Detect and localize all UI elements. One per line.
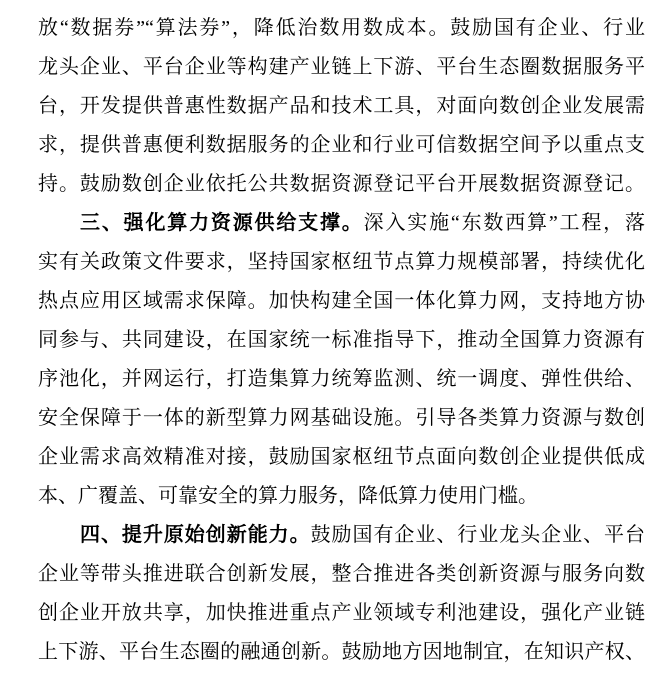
text-line: 放“数据券”“算法券”，降低治数用数成本。鼓励国有企业、行业	[38, 9, 645, 48]
text-line: 序池化，并网运行，打造集算力统筹监测、统一调度、弹性供给、	[38, 360, 645, 399]
text-segment: 企业需求高效精准对接，鼓励国家枢纽节点面向数创企业提供低成	[38, 446, 645, 468]
text-segment: 求，提供普惠便利数据服务的企业和行业可信数据空间予以重点支	[38, 134, 645, 156]
text-line: 台，开发提供普惠性数据产品和技术工具，对面向数创企业发展需	[38, 87, 645, 126]
text-line: 同参与、共同建设，在国家统一标准指导下，推动全国算力资源有	[38, 321, 645, 360]
text-line: 本、广覆盖、可靠安全的算力服务，降低算力使用门槛。	[38, 477, 645, 516]
text-line: 安全保障于一体的新型算力网基础设施。引导各类算力资源与数创	[38, 399, 645, 438]
text-segment: 上下游、平台生态圈的融通创新。鼓励地方因地制宜，在知识产权、	[38, 641, 645, 663]
text-segment: 深入实施“东数西算”工程，落	[364, 212, 645, 234]
section-heading: 四、提升原始创新能力。	[80, 524, 311, 546]
text-line: 持。鼓励数创企业依托公共数据资源登记平台开展数据资源登记。	[38, 165, 645, 204]
paragraph-line-with-heading: 四、提升原始创新能力。鼓励国有企业、行业龙头企业、平台	[38, 516, 645, 555]
text-line: 热点应用区域需求保障。加快构建全国一体化算力网，支持地方协	[38, 282, 645, 321]
text-segment: 实有关政策文件要求，坚持国家枢纽节点算力规模部署，持续优化	[38, 251, 645, 273]
text-segment: 企业等带头推进联合创新发展，整合推进各类创新资源与服务向数	[38, 563, 645, 585]
paragraph-line-with-heading: 三、强化算力资源供给支撑。深入实施“东数西算”工程，落	[38, 204, 645, 243]
text-segment: 放“数据券”“算法券”，降低治数用数成本。鼓励国有企业、行业	[38, 17, 645, 39]
section-heading: 三、强化算力资源供给支撑。	[80, 212, 364, 234]
text-segment: 台，开发提供普惠性数据产品和技术工具，对面向数创企业发展需	[38, 95, 645, 117]
text-segment: 热点应用区域需求保障。加快构建全国一体化算力网，支持地方协	[38, 290, 645, 312]
document-body: 放“数据券”“算法券”，降低治数用数成本。鼓励国有企业、行业龙头企业、平台企业等…	[0, 0, 665, 672]
text-segment: 鼓励国有企业、行业龙头企业、平台	[311, 524, 645, 546]
text-segment: 同参与、共同建设，在国家统一标准指导下，推动全国算力资源有	[38, 329, 645, 351]
text-segment: 持。鼓励数创企业依托公共数据资源登记平台开展数据资源登记。	[38, 173, 645, 195]
text-line: 龙头企业、平台企业等构建产业链上下游、平台生态圈数据服务平	[38, 48, 645, 87]
text-line: 企业等带头推进联合创新发展，整合推进各类创新资源与服务向数	[38, 555, 645, 594]
text-line: 企业需求高效精准对接，鼓励国家枢纽节点面向数创企业提供低成	[38, 438, 645, 477]
text-line: 求，提供普惠便利数据服务的企业和行业可信数据空间予以重点支	[38, 126, 645, 165]
text-segment: 序池化，并网运行，打造集算力统筹监测、统一调度、弹性供给、	[38, 368, 645, 390]
text-line: 创企业开放共享，加快推进重点产业领域专利池建设，强化产业链	[38, 594, 645, 633]
text-segment: 安全保障于一体的新型算力网基础设施。引导各类算力资源与数创	[38, 407, 645, 429]
text-line: 上下游、平台生态圈的融通创新。鼓励地方因地制宜，在知识产权、	[38, 633, 645, 672]
text-line: 实有关政策文件要求，坚持国家枢纽节点算力规模部署，持续优化	[38, 243, 645, 282]
text-segment: 龙头企业、平台企业等构建产业链上下游、平台生态圈数据服务平	[38, 56, 645, 78]
text-segment: 本、广覆盖、可靠安全的算力服务，降低算力使用门槛。	[38, 485, 538, 507]
document-page: 放“数据券”“算法券”，降低治数用数成本。鼓励国有企业、行业龙头企业、平台企业等…	[0, 0, 665, 679]
text-segment: 创企业开放共享，加快推进重点产业领域专利池建设，强化产业链	[38, 602, 645, 624]
